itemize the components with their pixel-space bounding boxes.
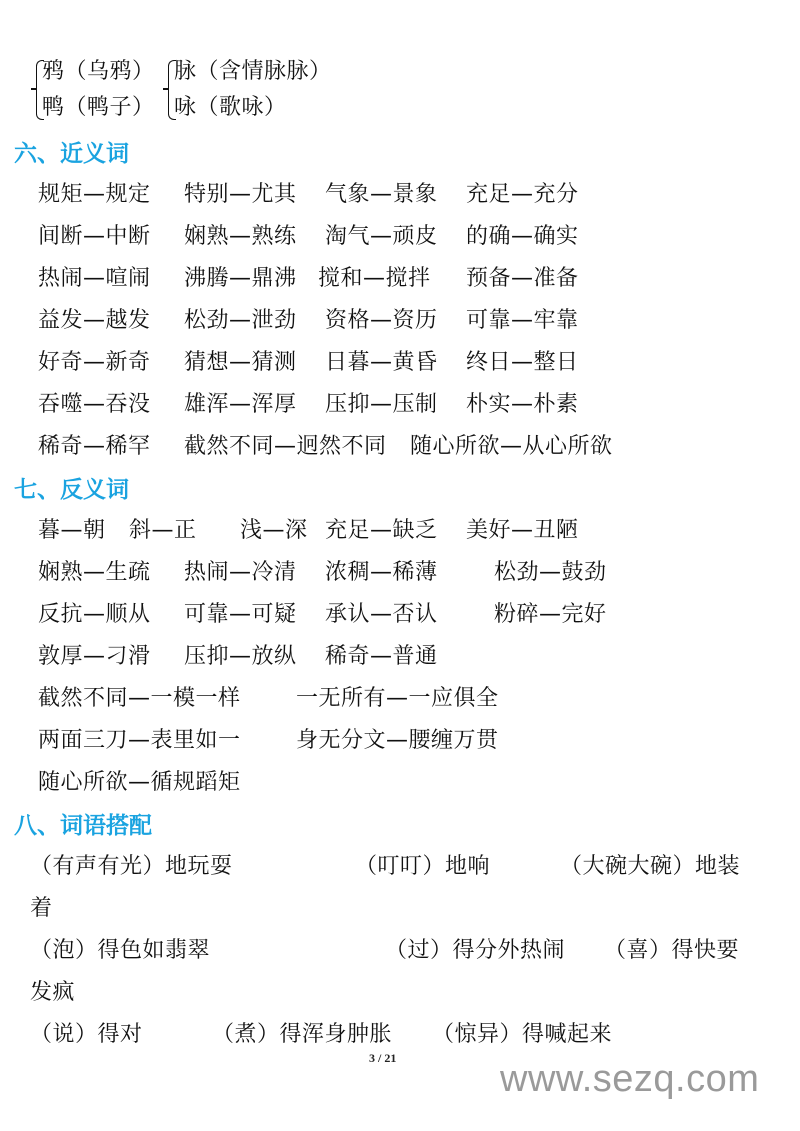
synonym-pair: 充足—充分 [466,181,579,209]
synonym-pair: 截然不同—迥然不同 [184,433,387,461]
antonym-pair: 一无所有—一应俱全 [296,685,499,713]
synonym-pair: 间断—中断 [38,223,151,251]
synonym-pair: 沸腾—鼎沸 [184,265,297,293]
section-heading-antonyms: 七、反义词 [14,475,129,505]
synonym-pair: 的确—确实 [466,223,579,251]
synonym-pair: 猜想—猜测 [184,349,297,377]
collocation-item: （说）得对 [30,1021,143,1049]
synonym-pair: 雄浑—浑厚 [184,391,297,419]
synonym-pair: 益发—越发 [38,307,151,335]
collocation-item: （泡）得色如翡翠 [30,937,210,965]
synonym-pair: 好奇—新奇 [38,349,151,377]
watermark: www.sezq.com [500,1058,759,1101]
polyphone-item: 脉（含情脉脉） [174,58,332,86]
page-number: 3 / 21 [369,1051,396,1066]
antonym-pair: 热闹—冷清 [184,559,297,587]
synonym-pair: 热闹—喧闹 [38,265,151,293]
antonym-pair: 身无分文—腰缠万贯 [296,727,499,755]
synonym-pair: 预备—准备 [466,265,579,293]
section-heading-collocations: 八、词语搭配 [14,811,152,841]
antonym-pair: 压抑—放纵 [184,643,297,671]
synonym-pair: 规矩—规定 [38,181,151,209]
collocation-item: （喜）得快要 [604,937,739,965]
synonym-pair: 吞噬—吞没 [38,391,151,419]
synonym-pair: 娴熟—熟练 [184,223,297,251]
antonym-pair: 反抗—顺从 [38,601,151,629]
polyphone-item: 鸭（鸭子） [42,94,155,122]
polyphone-item: 鸦（乌鸦） [42,58,155,86]
synonym-pair: 资格—资历 [325,307,438,335]
antonym-pair: 可靠—可疑 [184,601,297,629]
collocation-continuation: 着 [30,895,53,923]
antonym-pair: 美好—丑陋 [466,517,579,545]
antonym-pair: 松劲—鼓劲 [494,559,607,587]
synonym-pair: 随心所欲—从心所欲 [410,433,613,461]
antonym-pair: 随心所欲—循规蹈矩 [38,769,241,797]
collocation-continuation: 发疯 [30,979,75,1007]
antonym-pair: 截然不同—一模一样 [38,685,241,713]
collocation-item: （煮）得浑身肿胀 [212,1021,392,1049]
antonym-pair: 娴熟—生疏 [38,559,151,587]
antonym-pair: 承认—否认 [325,601,438,629]
synonym-pair: 特别—尤其 [184,181,297,209]
collocation-item: （叮叮）地响 [355,853,490,881]
collocation-item: （惊异）得喊起来 [432,1021,612,1049]
antonym-pair: 充足—缺乏 [325,517,438,545]
synonym-pair: 搅和—搅拌 [318,265,431,293]
section-heading-synonyms: 六、近义词 [14,139,129,169]
antonym-pair: 敦厚—刁滑 [38,643,151,671]
synonym-pair: 压抑—压制 [325,391,438,419]
synonym-pair: 淘气—顽皮 [325,223,438,251]
antonym-pair: 稀奇—普通 [325,643,438,671]
antonym-pair: 粉碎—完好 [494,601,607,629]
antonym-pair: 斜—正 [129,517,197,545]
synonym-pair: 可靠—牢靠 [466,307,579,335]
synonym-pair: 稀奇—稀罕 [38,433,151,461]
polyphone-item: 咏（歌咏） [174,94,287,122]
antonym-pair: 暮—朝 [38,517,106,545]
antonym-pair: 浅—深 [240,517,308,545]
synonym-pair: 终日—整日 [466,349,579,377]
synonym-pair: 朴实—朴素 [466,391,579,419]
synonym-pair: 松劲—泄劲 [184,307,297,335]
synonym-pair: 日暮—黄昏 [325,349,438,377]
collocation-item: （过）得分外热闹 [385,937,565,965]
collocation-item: （有声有光）地玩耍 [30,853,233,881]
antonym-pair: 浓稠—稀薄 [325,559,438,587]
antonym-pair: 两面三刀—表里如一 [38,727,241,755]
collocation-item: （大碗大碗）地装 [560,853,740,881]
synonym-pair: 气象—景象 [325,181,438,209]
